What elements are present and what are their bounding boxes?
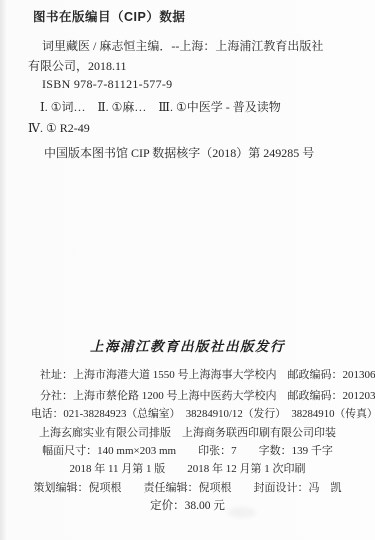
cip-publisher-continuation-line: 有限公司，2018.11 [28,59,127,73]
classification-line-1: Ⅰ. ①词… Ⅱ. ①麻… Ⅲ. ①中医学 - 普及读物 [40,100,281,114]
isbn-line: ISBN 978-7-81121-577-9 [42,77,172,91]
cip-record-number-line: 中国版本图书馆 CIP 数据核字（2018）第 249285 号 [44,146,314,160]
publisher-address-line: 社址：上海市海港大道 1550 号上海海事大学校内 邮政编码：201306 [40,368,375,382]
edition-printing-line: 2018 年 11 月第 1 版 2018 年 12 月第 1 次印刷 [0,462,375,476]
editors-line: 策划编辑：倪项根 责任编辑：倪项根 封面设计：冯 凯 [0,481,375,495]
price-line: 定价：38.00 元 [0,499,375,513]
publisher-phone-line: 电话：021-38284923（总编室） 38284910/12（发行） 382… [31,407,375,421]
cip-title-author-line: 词里藏医 / 麻志恒主编．--上海：上海浦江教育出版社 [42,39,323,53]
scan-smudge [228,507,256,518]
book-cip-page: 图书在版编目（CIP）数据 词里藏医 / 麻志恒主编．--上海：上海浦江教育出版… [0,0,375,540]
classification-line-2: Ⅳ. ① R2-49 [28,121,90,135]
cip-heading: 图书在版编目（CIP）数据 [33,10,185,24]
format-size-line: 幅面尺寸：140 mm×203 mm 印张：7 字数：139 千字 [0,444,375,458]
publisher-branch-line: 分社：上海市蔡伦路 1200 号上海中医药大学校内 邮政编码：201203 [40,389,375,403]
publisher-imprint-line: 上海浦江教育出版社出版发行 [0,340,375,354]
typeset-print-line: 上海玄廊实业有限公司排版 上海商务联西印刷有限公司印装 [0,426,375,440]
